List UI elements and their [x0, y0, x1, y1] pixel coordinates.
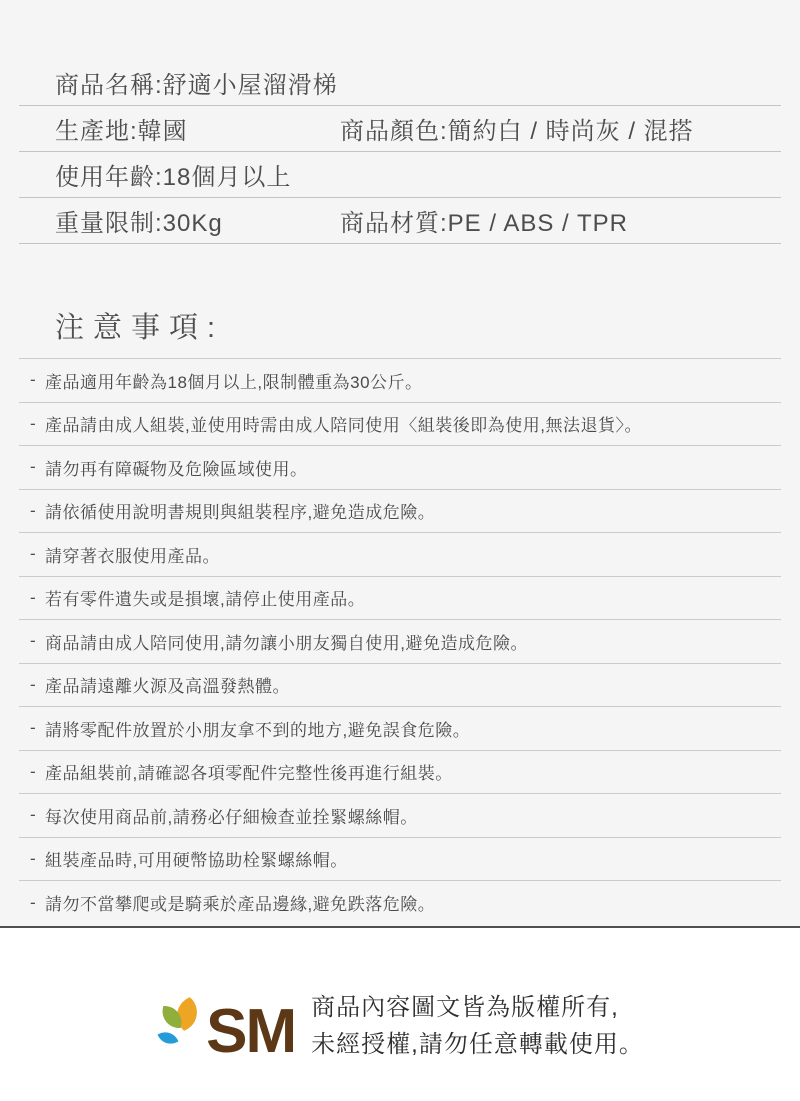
note-item: - 請勿再有障礙物及危險區域使用。 [19, 446, 781, 490]
note-text: 產品請遠離火源及高溫發熱體。 [45, 672, 290, 697]
note-bullet: - [30, 849, 45, 869]
note-text: 請勿不當攀爬或是騎乘於產品邊緣,避免跌落危險。 [45, 890, 435, 915]
spec-product-name: 商品名稱:舒適小屋溜滑梯 [55, 65, 340, 100]
copyright-line-2: 未經授權,請勿任意轉載使用。 [311, 1026, 644, 1063]
note-item: - 請勿不當攀爬或是騎乘於產品邊緣,避免跌落危險。 [19, 881, 781, 925]
copyright-line-1: 商品內容圖文皆為版權所有, [311, 989, 644, 1026]
leaf-blue [156, 1029, 180, 1046]
sm-leaf-logo-icon [156, 995, 204, 1055]
spec-row-name: 商品名稱:舒適小屋溜滑梯 [19, 60, 781, 106]
note-item: - 產品適用年齡為18個月以上,限制體重為30公斤。 [19, 359, 781, 403]
spec-row-origin-color: 生產地:韓國 商品顏色:簡約白 / 時尚灰 / 混搭 [19, 106, 781, 152]
note-text: 產品組裝前,請確認各項零配件完整性後再進行組裝。 [45, 759, 453, 784]
note-item: - 組裝產品時,可用硬幣協助栓緊螺絲帽。 [19, 838, 781, 882]
note-item: - 產品請由成人組裝,並使用時需由成人陪同使用〈組裝後即為使用,無法退貨〉。 [19, 403, 781, 447]
note-text: 商品請由成人陪同使用,請勿讓小朋友獨自使用,避免造成危險。 [45, 629, 528, 654]
copyright-notice: 商品內容圖文皆為版權所有, 未經授權,請勿任意轉載使用。 [311, 989, 644, 1063]
product-info-page: 商品名稱:舒適小屋溜滑梯 生產地:韓國 商品顏色:簡約白 / 時尚灰 / 混搭 … [0, 0, 800, 1101]
note-bullet: - [30, 414, 45, 434]
note-bullet: - [30, 588, 45, 608]
note-item: - 若有零件遺失或是損壞,請停止使用產品。 [19, 577, 781, 621]
note-bullet: - [30, 675, 45, 695]
note-text: 請穿著衣服使用產品。 [45, 542, 220, 567]
note-bullet: - [30, 805, 45, 825]
note-bullet: - [30, 718, 45, 738]
spec-origin: 生產地:韓國 [55, 111, 340, 146]
note-bullet: - [30, 501, 45, 521]
note-item: - 商品請由成人陪同使用,請勿讓小朋友獨自使用,避免造成危險。 [19, 620, 781, 664]
spec-row-age: 使用年齡:18個月以上 [19, 152, 781, 198]
note-item: - 請穿著衣服使用產品。 [19, 533, 781, 577]
notes-section-title: 注意事項: [55, 310, 800, 346]
note-bullet: - [30, 544, 45, 564]
spec-material: 商品材質:PE / ABS / TPR [340, 203, 781, 238]
spec-table: 商品名稱:舒適小屋溜滑梯 生產地:韓國 商品顏色:簡約白 / 時尚灰 / 混搭 … [19, 0, 781, 244]
note-item: - 產品組裝前,請確認各項零配件完整性後再進行組裝。 [19, 751, 781, 795]
product-spec-sheet: 商品名稱:舒適小屋溜滑梯 生產地:韓國 商品顏色:簡約白 / 時尚灰 / 混搭 … [0, 0, 800, 926]
note-bullet: - [30, 893, 45, 913]
note-item: - 每次使用商品前,請務必仔細檢查並拴緊螺絲帽。 [19, 794, 781, 838]
note-item: - 請依循使用說明書規則與組裝程序,避免造成危險。 [19, 490, 781, 534]
notes-list: - 產品適用年齡為18個月以上,限制體重為30公斤。 - 產品請由成人組裝,並使… [19, 358, 781, 925]
note-text: 請依循使用說明書規則與組裝程序,避免造成危險。 [45, 498, 435, 523]
note-text: 若有零件遺失或是損壞,請停止使用產品。 [45, 585, 365, 610]
note-text: 組裝產品時,可用硬幣協助栓緊螺絲帽。 [45, 846, 348, 871]
note-bullet: - [30, 370, 45, 390]
sm-logo-text: SM [206, 1008, 295, 1056]
note-text: 產品適用年齡為18個月以上,限制體重為30公斤。 [45, 368, 423, 393]
spec-age: 使用年齡:18個月以上 [55, 157, 340, 192]
spec-row-weight-material: 重量限制:30Kg 商品材質:PE / ABS / TPR [19, 198, 781, 244]
footer: SM 商品內容圖文皆為版權所有, 未經授權,請勿任意轉載使用。 [0, 928, 800, 1101]
note-text: 產品請由成人組裝,並使用時需由成人陪同使用〈組裝後即為使用,無法退貨〉。 [45, 411, 642, 436]
note-item: - 請將零配件放置於小朋友拿不到的地方,避免誤食危險。 [19, 707, 781, 751]
sm-brand-logo: SM [156, 995, 295, 1057]
note-bullet: - [30, 457, 45, 477]
note-text: 請將零配件放置於小朋友拿不到的地方,避免誤食危險。 [45, 716, 470, 741]
spec-color: 商品顏色:簡約白 / 時尚灰 / 混搭 [340, 111, 781, 146]
note-item: - 產品請遠離火源及高溫發熱體。 [19, 664, 781, 708]
note-bullet: - [30, 762, 45, 782]
note-text: 請勿再有障礙物及危險區域使用。 [45, 455, 308, 480]
note-bullet: - [30, 631, 45, 651]
spec-weight-limit: 重量限制:30Kg [55, 203, 340, 238]
note-text: 每次使用商品前,請務必仔細檢查並拴緊螺絲帽。 [45, 803, 418, 828]
